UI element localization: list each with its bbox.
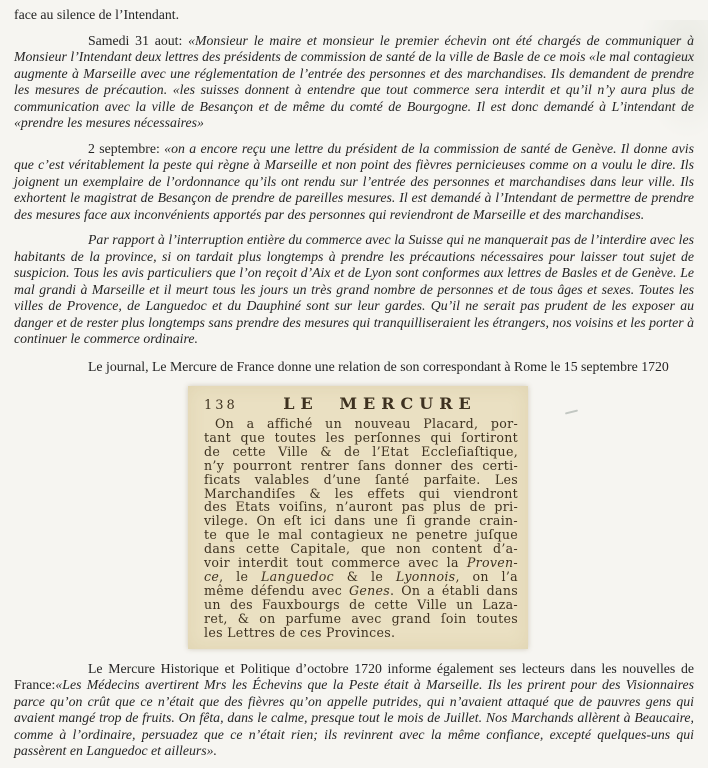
- clipping-line: ret, & on parfume avec grand ſoin toutes: [204, 612, 518, 626]
- mercure-de-france-caption: Le journal, Le Mercure de France donne u…: [14, 359, 694, 376]
- paragraph-mercure-historique: Le Mercure Historique et Politique d’oct…: [14, 661, 694, 760]
- clipping-line: un des Fauxbourgs de cette Ville un Laza…: [204, 598, 518, 612]
- clipping-line: de cette Ville & de l’Etat Eccleſiaſtiqu…: [204, 445, 518, 459]
- clipping-line: des Etats voiſins, n’auront pas plus de …: [204, 500, 518, 514]
- clipping-line: voir interdit tout commerce avec la Prov…: [204, 556, 518, 570]
- clipping-line: Marchandiſes & les effets qui viendront: [204, 487, 518, 501]
- paragraph-saturday-31-august: Samedi 31 aout: «Monsieur le maire et mo…: [14, 33, 694, 132]
- document-page: face au silence de l’Intendant. Samedi 3…: [0, 0, 708, 760]
- clipping-line: même défendu avec Genes. On a établi dan…: [204, 584, 518, 598]
- paragraph-date-lead: Samedi 31 aout:: [88, 33, 188, 48]
- clipping-line: te que le mal contagieux ne penetre juſq…: [204, 528, 518, 542]
- paragraph-quoted-text: «Les Médecins avertirent Mrs les Échevin…: [14, 677, 694, 758]
- clipping-masthead: LE MERCURE: [268, 394, 492, 413]
- clipping-line: On a affiché un nouveau Placard, por-: [204, 417, 518, 431]
- clipping-line: tant que toutes les perſonnes qui ſortir…: [204, 431, 518, 445]
- paragraph-quoted-text: Par rapport à l’interruption entière du …: [14, 232, 694, 346]
- paragraph-2-september: 2 septembre: «on a encore reçu une lettr…: [14, 141, 694, 224]
- clipping-line: ficats valables d’une ſanté parfaite. Le…: [204, 473, 518, 487]
- clipping-header: 138 LE MERCURE: [204, 394, 518, 413]
- clipping-line: n’y pourront rentrer ſans donner des cer…: [204, 459, 518, 473]
- mercure-clipping-image: 138 LE MERCURE On a affiché un nouveau P…: [188, 386, 528, 649]
- clipping-page-number: 138: [204, 398, 268, 413]
- clipping-line: les Lettres de ces Provinces.: [204, 626, 518, 640]
- paragraph-commerce-suisse: Par rapport à l’interruption entière du …: [14, 232, 694, 348]
- clipping-body: On a affiché un nouveau Placard, por-tan…: [204, 417, 518, 640]
- paragraph-date-lead: 2 septembre:: [88, 141, 164, 156]
- clipping-line: vilege. On eſt ici dans une ſi grande cr…: [204, 514, 518, 528]
- clipping-line: dans cette Capitale, que non content d’a…: [204, 542, 518, 556]
- clipping-line: ce, le Languedoc & le Lyonnois, on l’a: [204, 570, 518, 584]
- opening-line: face au silence de l’Intendant.: [14, 7, 694, 24]
